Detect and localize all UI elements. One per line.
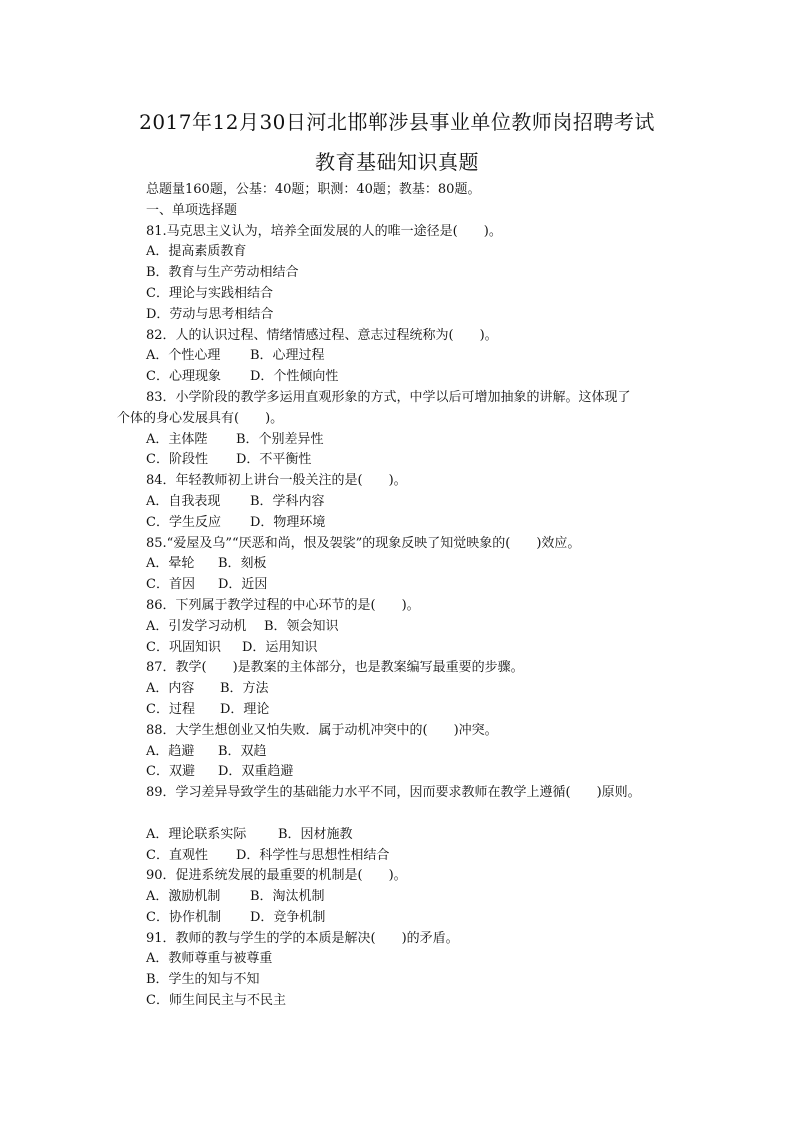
- q88-option-b: B．双趋: [218, 742, 267, 763]
- q86-option-c: C．巩固知识: [146, 638, 242, 659]
- blank-line: [146, 804, 686, 825]
- q82-option-a: A．个性心理: [146, 346, 250, 367]
- q91-option-a: A．教师尊重与被尊重: [146, 949, 686, 970]
- q81-option-b: B．教育与生产劳动相结合: [146, 263, 686, 284]
- document-body: 总题量160题，公基：40题；职测：40题；教基：80题。 一、单项选择题 81…: [146, 180, 686, 1012]
- q84-option-a: A．自我表现: [146, 492, 250, 513]
- q89-option-d: D．科学性与思想性相结合: [236, 846, 389, 867]
- q81-option-d: D．劳动与思考相结合: [146, 305, 686, 326]
- q85-option-b: B．刻板: [218, 554, 267, 575]
- q86-option-b: B．领会知识: [264, 617, 339, 638]
- q89-option-b: B．因材施教: [278, 825, 353, 846]
- question-90-stem: 90．促进系统发展的最重要的机制是( )。: [146, 866, 686, 887]
- q90-option-d: D．竞争机制: [250, 908, 325, 929]
- q90-option-a: A．激励机制: [146, 887, 250, 908]
- q91-option-b: B．学生的知与不知: [146, 970, 686, 991]
- q89-option-c: C．直观性: [146, 846, 236, 867]
- q84-option-b: B．学科内容: [250, 492, 325, 513]
- q83-option-b: B．个别差异性: [236, 430, 324, 451]
- question-83-stem-continued: 个体的身心发展具有( )。: [117, 409, 686, 430]
- q81-option-c: C．理论与实践相结合: [146, 284, 686, 305]
- q90-option-b: B．淘汰机制: [250, 887, 325, 908]
- q82-option-d: D．个性倾向性: [250, 367, 338, 388]
- q90-option-c: C．协作机制: [146, 908, 250, 929]
- document-title-line1: 2017年12月30日河北邯郸涉县事业单位教师岗招聘考试: [0, 106, 794, 135]
- q89-option-a: A．理论联系实际: [146, 825, 278, 846]
- question-83-stem: 83．小学阶段的教学多运用直观形象的方式，中学以后可增加抽象的讲解。这体现了: [146, 388, 686, 409]
- question-87-stem: 87．教学( )是教案的主体部分，也是教案编写最重要的步骤。: [146, 658, 686, 679]
- q84-option-d: D．物理环境: [250, 513, 325, 534]
- question-85-stem: 85.“爱屋及乌”“厌恶和尚，恨及袈裟”的现象反映了知觉映象的( )效应。: [146, 534, 686, 555]
- q85-option-d: D．近因: [218, 575, 267, 596]
- q83-option-a: A．主体陛: [146, 430, 236, 451]
- q82-option-c: C．心理现象: [146, 367, 250, 388]
- q87-option-d: D．理论: [220, 700, 269, 721]
- question-86-stem: 86．下列属于教学过程的中心环节的是( )。: [146, 596, 686, 617]
- q85-option-c: C．首因: [146, 575, 218, 596]
- q86-option-a: A．引发学习动机: [146, 617, 264, 638]
- q87-option-b: B．方法: [220, 679, 269, 700]
- document-title-line2: 教育基础知识真题: [0, 146, 794, 175]
- question-82-stem: 82．人的认识过程、情绪情感过程、意志过程统称为( )。: [146, 326, 686, 347]
- q88-option-d: D．双重趋避: [218, 762, 293, 783]
- section-heading: 一、单项选择题: [146, 201, 686, 222]
- q86-option-d: D．运用知识: [242, 638, 317, 659]
- q88-option-c: C．双避: [146, 762, 218, 783]
- q91-option-c: C．师生间民主与不民主: [146, 991, 686, 1012]
- q88-option-a: A．趋避: [146, 742, 218, 763]
- question-88-stem: 88．大学生想创业又怕失败．属于动机冲突中的( )冲突。: [146, 721, 686, 742]
- q84-option-c: C．学生反应: [146, 513, 250, 534]
- q87-option-a: A．内容: [146, 679, 220, 700]
- q87-option-c: C．过程: [146, 700, 220, 721]
- q83-option-d: D．不平衡性: [236, 450, 311, 471]
- summary-text: 总题量160题，公基：40题；职测：40题；教基：80题。: [146, 180, 686, 201]
- q83-option-c: C．阶段性: [146, 450, 236, 471]
- question-89-stem: 89．学习差异导致学生的基础能力水平不同，因而要求教师在教学上遵循( )原则。: [146, 783, 686, 804]
- q82-option-b: B．心理过程: [250, 346, 325, 367]
- question-81-stem: 81.马克思主义认为，培养全面发展的人的唯一途径是( )。: [146, 222, 686, 243]
- question-91-stem: 91．教师的教与学生的学的本质是解决( )的矛盾。: [146, 929, 686, 950]
- q81-option-a: A．提高素质教育: [146, 242, 686, 263]
- q85-option-a: A．晕轮: [146, 554, 218, 575]
- question-84-stem: 84．年轻教师初上讲台一般关注的是( )。: [146, 471, 686, 492]
